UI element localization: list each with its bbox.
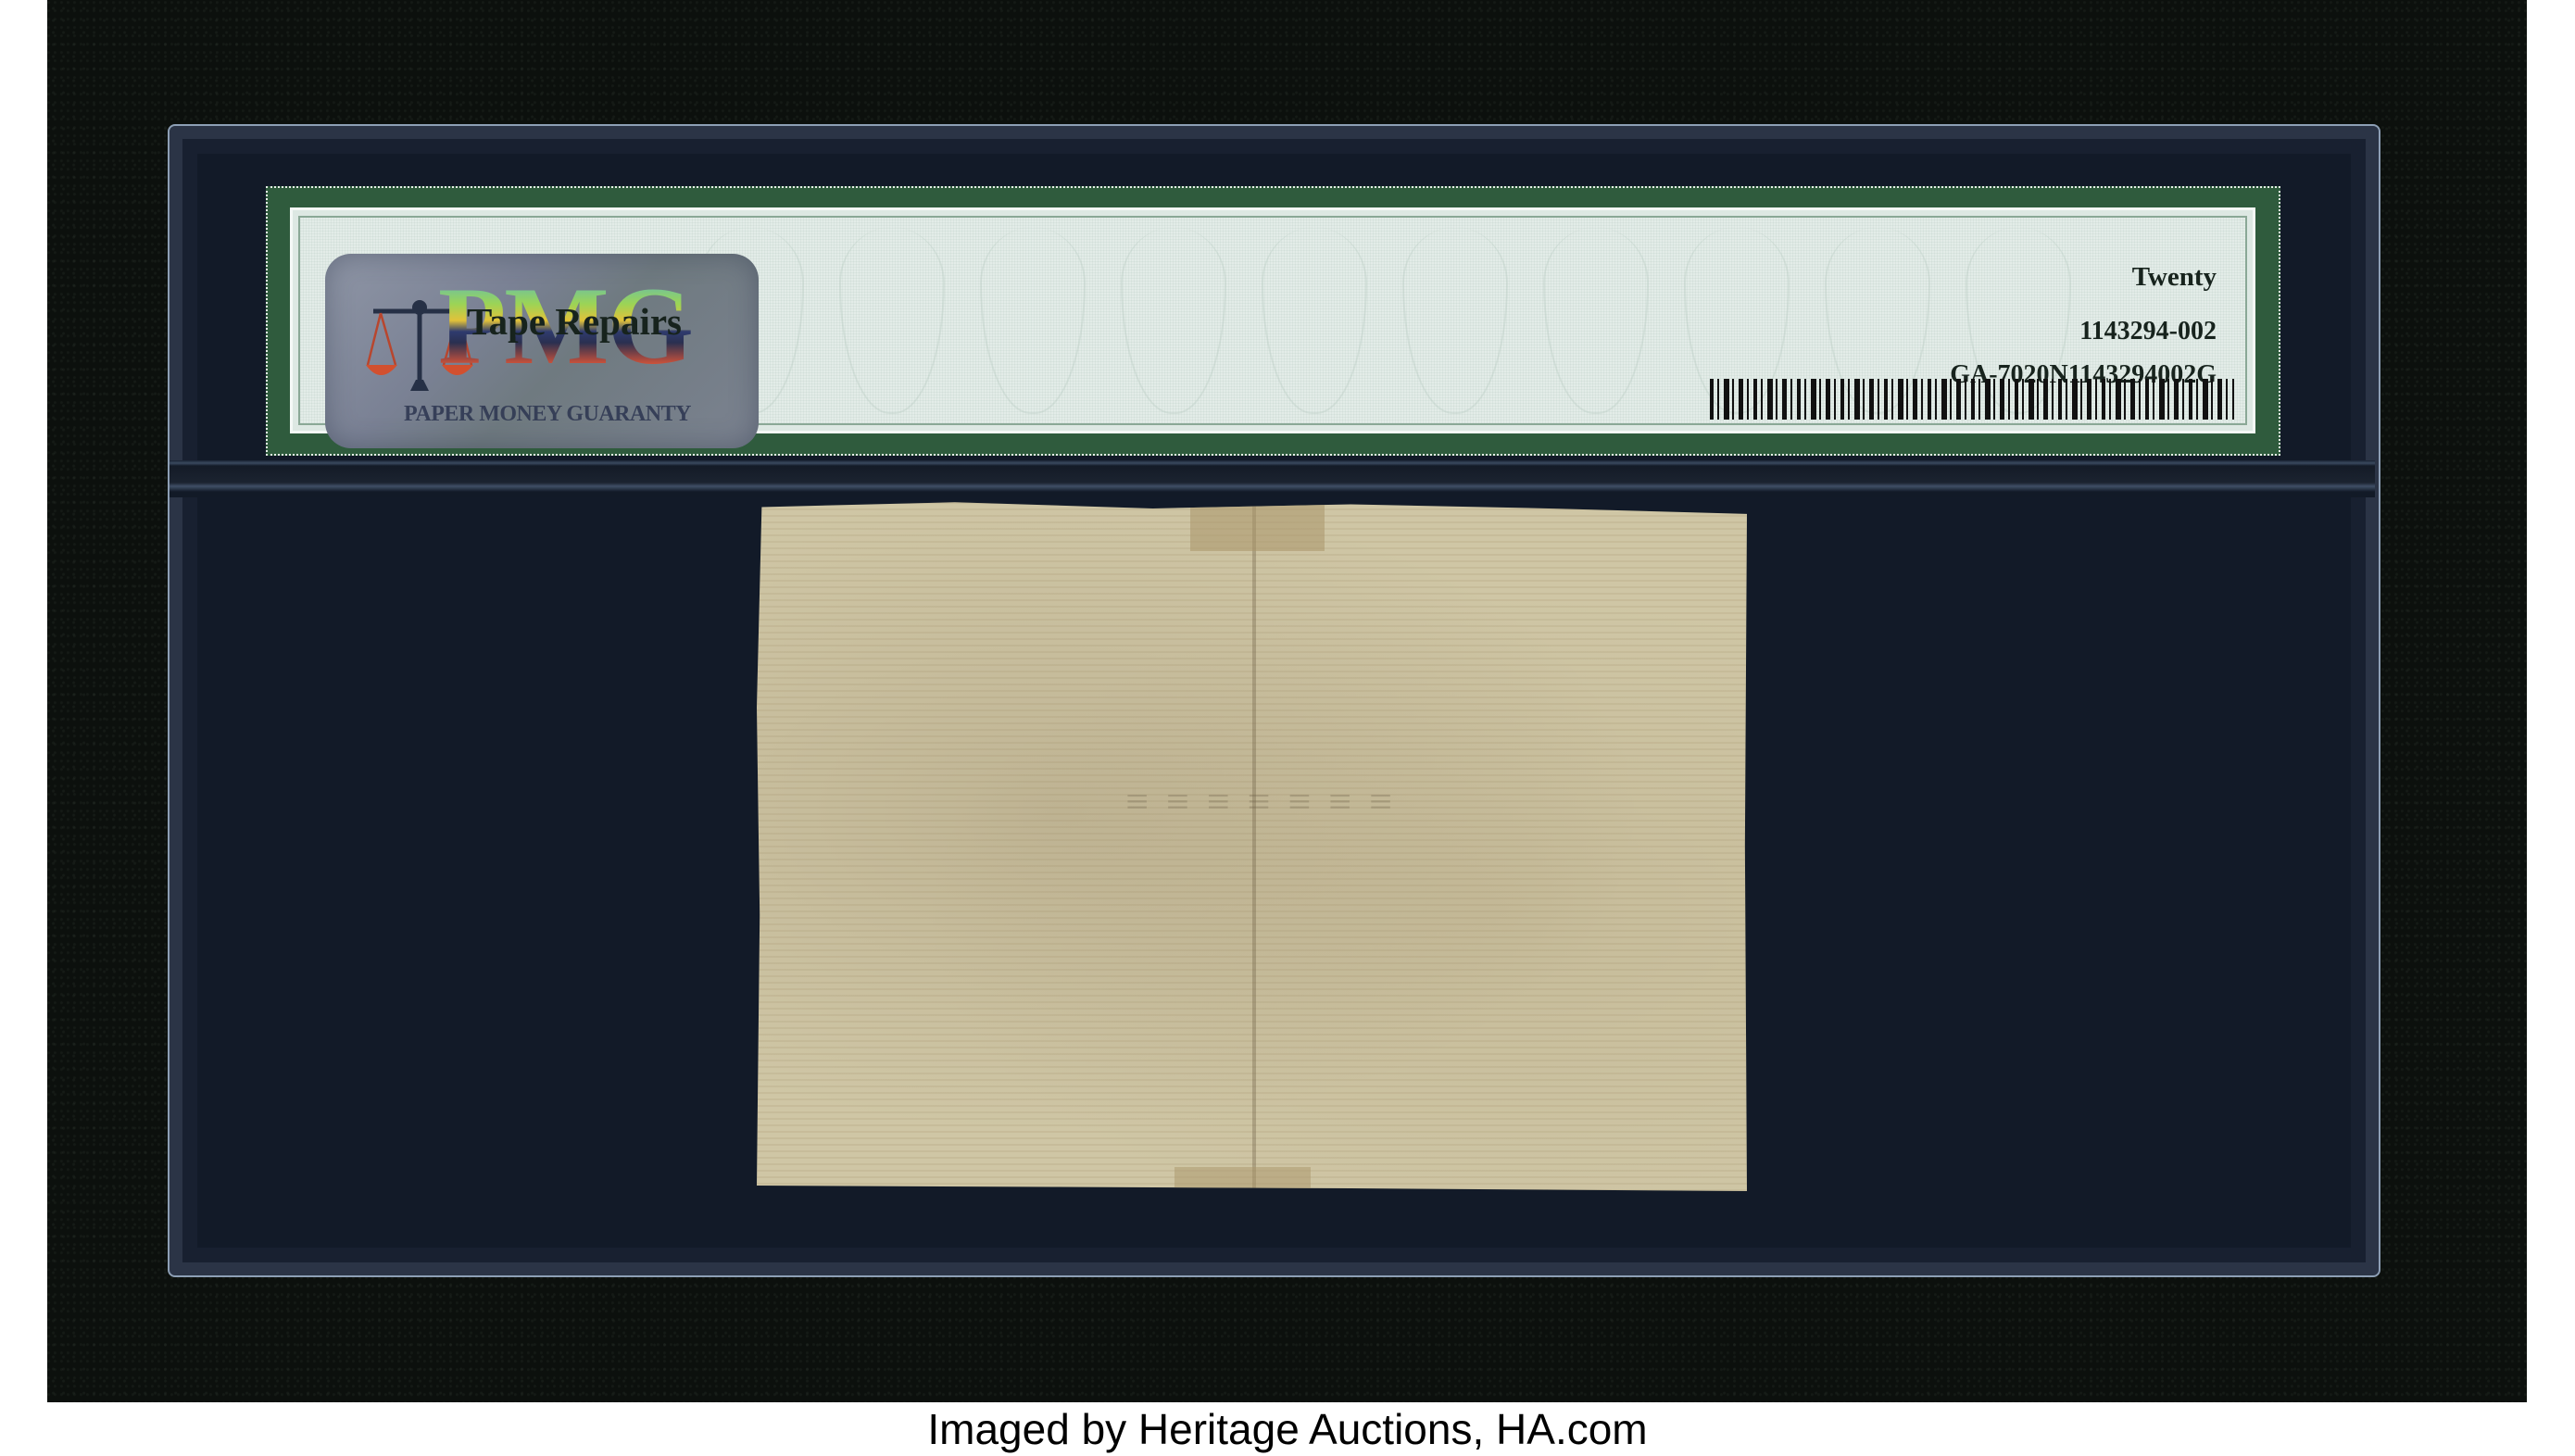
holder-seam	[170, 460, 2375, 497]
pmg-logo-subtitle: PAPER MONEY GUARANTY	[353, 402, 742, 427]
cert-number: 1143294-002	[2079, 317, 2217, 346]
center-fold	[1252, 500, 1256, 1191]
tape-repair-bottom	[1174, 1167, 1311, 1191]
label-panel: PMG PAPER MONEY GUARANTY Tape Repairs Tw…	[290, 207, 2255, 433]
tape-repair-top	[1190, 502, 1325, 551]
banknote-back: ≡ ≡ ≡ ≡ ≡ ≡ ≡	[757, 500, 1747, 1191]
pmg-logo: PMG PAPER MONEY GUARANTY	[325, 254, 759, 448]
barcode	[1710, 379, 2234, 420]
image-credit-caption: Imaged by Heritage Auctions, HA.com	[0, 1402, 2575, 1456]
denomination: Twenty	[2132, 262, 2217, 293]
show-through-text: ≡ ≡ ≡ ≡ ≡ ≡ ≡	[794, 778, 1720, 825]
grade-comment: Tape Repairs	[467, 299, 682, 344]
grading-label: PMG PAPER MONEY GUARANTY Tape Repairs Tw…	[266, 186, 2280, 456]
